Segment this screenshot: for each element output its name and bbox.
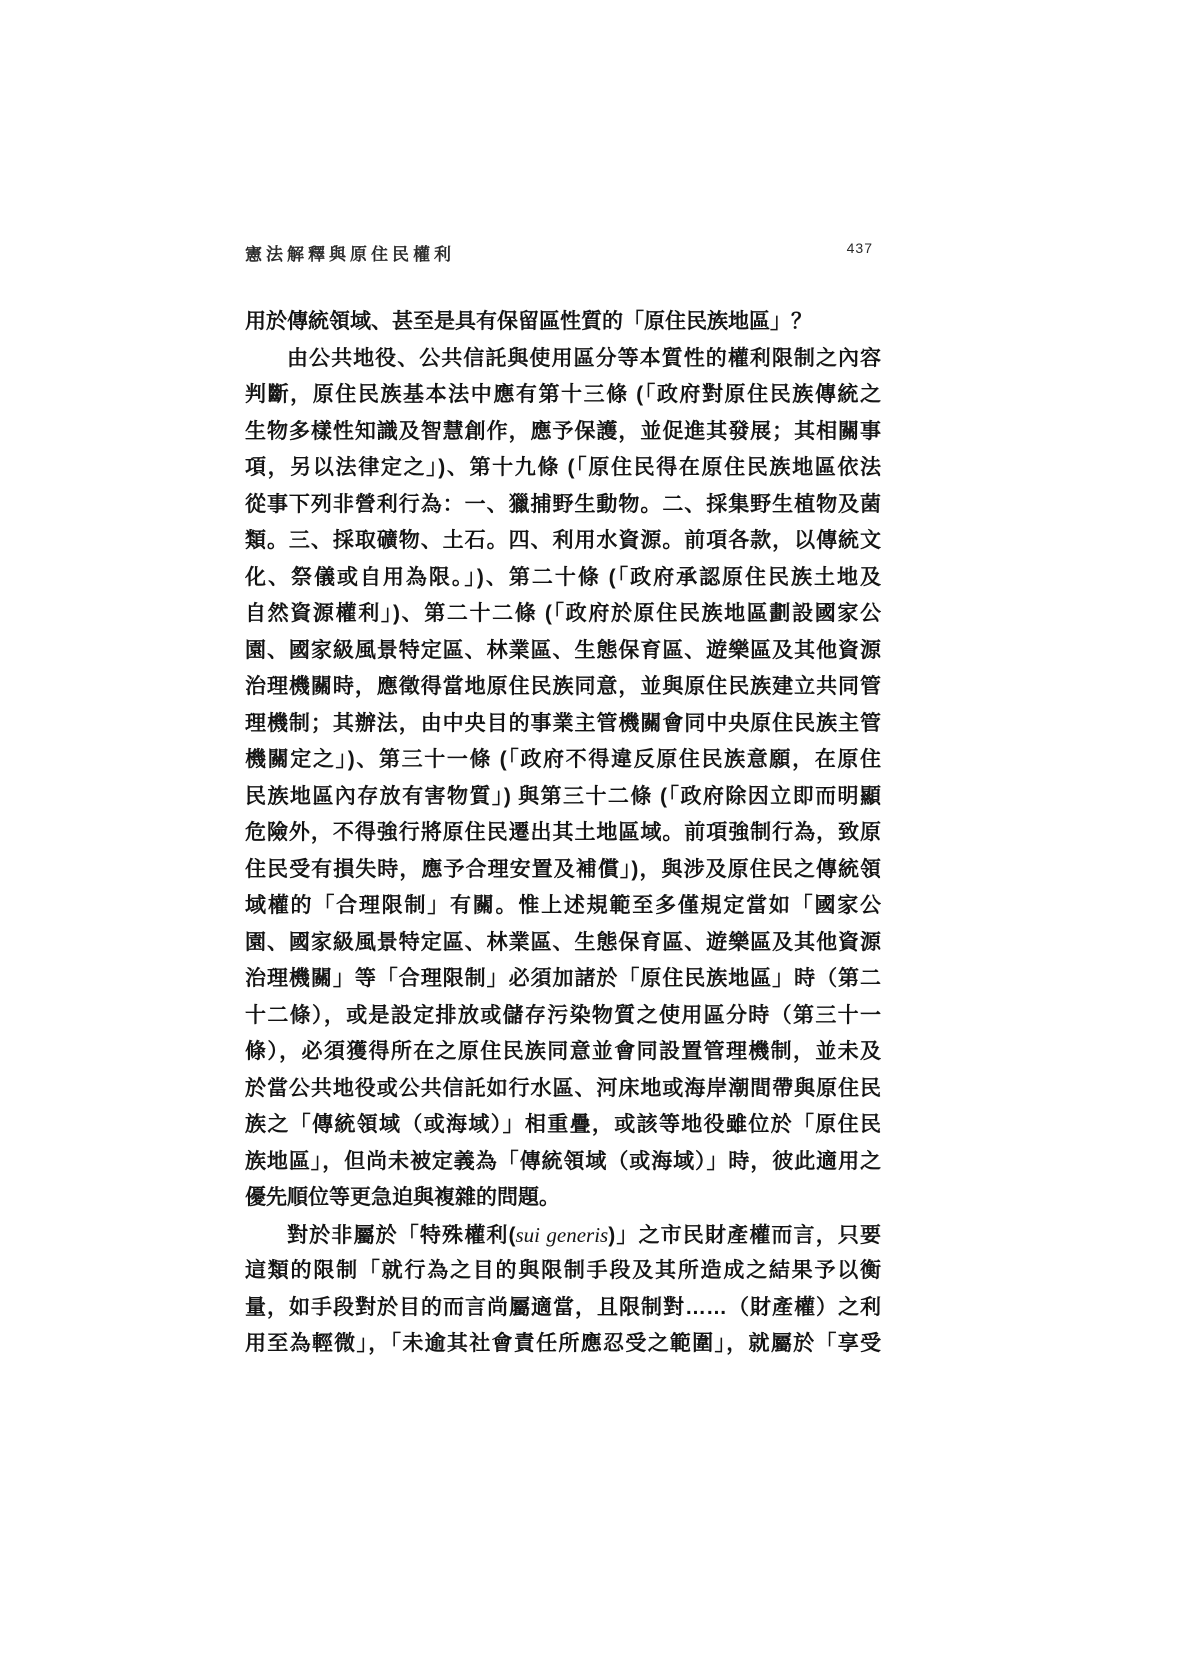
text-line: 危險外，不得強行將原住民遷出其土地區域。前項強制行為，致原 <box>245 815 881 852</box>
text-line: 項，另以法律定之」)、第十九條 (「原住民得在原住民族地區依法 <box>245 450 881 487</box>
text-line-with-latin: 對於非屬於「特殊權利(sui generis)」之市民財產權而言，只要 <box>245 1217 881 1254</box>
text-line: 園、國家級風景特定區、林業區、生態保育區、遊樂區及其他資源 <box>245 925 881 962</box>
text-line: 治理機關時，應徵得當地原住民族同意，並與原住民族建立共同管 <box>245 669 881 706</box>
text-line: 治理機關」等「合理限制」必須加諸於「原住民族地區」時（第二 <box>245 961 881 998</box>
text-line: 由公共地役、公共信託與使用區分等本質性的權利限制之內容 <box>245 341 881 378</box>
text-line: 園、國家級風景特定區、林業區、生態保育區、遊樂區及其他資源 <box>245 633 881 670</box>
text-line: 條），必須獲得所在之原住民族同意並會同設置管理機制，並未及 <box>245 1034 881 1071</box>
text-line: 化、祭儀或自用為限。」)、第二十條 (「政府承認原住民族土地及 <box>245 560 881 597</box>
text-line: 從事下列非營利行為：一、獵捕野生動物。二、採集野生植物及菌 <box>245 487 881 524</box>
text-line: 族之「傳統領域（或海域）」相重疊，或該等地役雖位於「原住民 <box>245 1107 881 1144</box>
text-line: 類。三、採取礦物、土石。四、利用水資源。前項各款，以傳統文 <box>245 523 881 560</box>
text-segment: )」之市民財產權而言，只要 <box>608 1224 881 1247</box>
text-line: 生物多樣性知識及智慧創作，應予保護，並促進其發展；其相關事 <box>245 414 881 451</box>
running-header-title: 憲法解釋與原住民權利 <box>245 240 455 265</box>
text-line: 住民受有損失時，應予合理安置及補償」)，與涉及原住民之傳統領 <box>245 852 881 889</box>
text-line: 理機制；其辦法，由中央目的事業主管機關會同中央原住民族主管 <box>245 706 881 743</box>
text-line: 十二條），或是設定排放或儲存污染物質之使用區分時（第三十一 <box>245 998 881 1035</box>
text-line: 自然資源權利」)、第二十二條 (「政府於原住民族地區劃設國家公 <box>245 596 881 633</box>
text-line: 用於傳統領域、甚至是具有保留區性質的「原住民族地區」？ <box>245 304 881 341</box>
text-line: 族地區」，但尚未被定義為「傳統領域（或海域）」時，彼此適用之 <box>245 1144 881 1181</box>
text-line: 民族地區內存放有害物質」) 與第三十二條 (「政府除因立即而明顯 <box>245 779 881 816</box>
text-line: 量，如手段對於目的而言尚屬適當，且限制對……（財產權）之利 <box>245 1290 881 1327</box>
running-header: 憲法解釋與原住民權利 437 <box>245 240 881 265</box>
page-number: 437 <box>847 240 873 256</box>
body-text-block: 用於傳統領域、甚至是具有保留區性質的「原住民族地區」？ 由公共地役、公共信託與使… <box>245 304 881 1363</box>
latin-italic-phrase: sui generis <box>515 1223 608 1247</box>
text-line: 優先順位等更急迫與複雜的問題。 <box>245 1180 881 1217</box>
text-line: 於當公共地役或公共信託如行水區、河床地或海岸潮間帶與原住民 <box>245 1071 881 1108</box>
text-line: 域權的「合理限制」有關。惟上述規範至多僅規定當如「國家公 <box>245 888 881 925</box>
text-line: 用至為輕微」，「未逾其社會責任所應忍受之範圍」，就屬於「享受 <box>245 1326 881 1363</box>
text-line: 這類的限制「就行為之目的與限制手段及其所造成之結果予以衡 <box>245 1253 881 1290</box>
text-line: 判斷，原住民族基本法中應有第十三條 (「政府對原住民族傳統之 <box>245 377 881 414</box>
text-line: 機關定之」)、第三十一條 (「政府不得違反原住民族意願，在原住 <box>245 742 881 779</box>
text-segment: 對於非屬於「特殊權利( <box>287 1224 515 1247</box>
document-page: 憲法解釋與原住民權利 437 用於傳統領域、甚至是具有保留區性質的「原住民族地區… <box>0 0 1177 1664</box>
